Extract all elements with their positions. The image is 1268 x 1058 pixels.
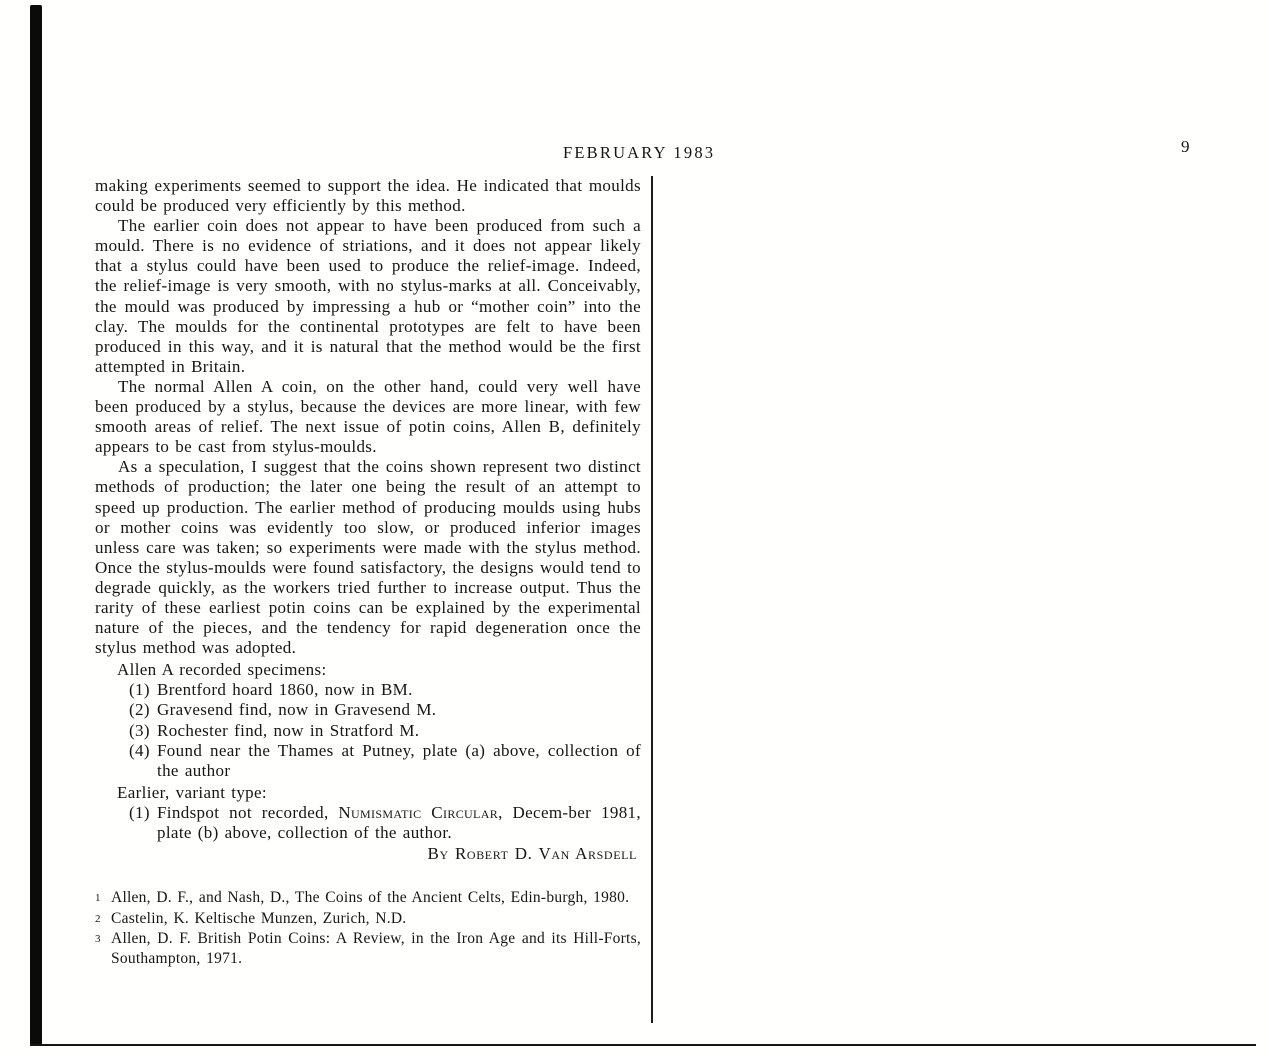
- item-text: Rochester find, now in Stratford M.: [157, 721, 641, 741]
- item-text: Found near the Thames at Putney, plate (…: [157, 741, 641, 781]
- footnote-number: 2: [95, 909, 111, 930]
- specimen-item-3: (3) Rochester find, now in Stratford M.: [129, 721, 641, 741]
- journal-page: FEBRUARY 1983 9 making experiments seeme…: [0, 0, 1268, 1058]
- item-number: (4): [129, 741, 157, 781]
- specimen-item-2: (2) Gravesend find, now in Gravesend M.: [129, 700, 641, 720]
- footnotes-section: 1 Allen, D. F., and Nash, D., The Coins …: [95, 888, 641, 968]
- item-number: (1): [129, 803, 157, 843]
- footnote-2: 2 Castelin, K. Keltische Munzen, Zurich,…: [95, 909, 641, 930]
- item-text: Findspot not recorded, Numismatic Circul…: [157, 803, 641, 843]
- variant-item-1: (1) Findspot not recorded, Numismatic Ci…: [129, 803, 641, 843]
- footnote-number: 3: [95, 929, 111, 968]
- page-number: 9: [1181, 137, 1190, 157]
- item-text: Gravesend find, now in Gravesend M.: [157, 700, 641, 720]
- body-paragraph-3: The normal Allen A coin, on the other ha…: [95, 377, 641, 457]
- item-number: (2): [129, 700, 157, 720]
- specimen-item-1: (1) Brentford hoard 1860, now in BM.: [129, 680, 641, 700]
- footnote-3: 3 Allen, D. F. British Potin Coins: A Re…: [95, 929, 641, 968]
- scan-edge-left-bar: [30, 5, 42, 1045]
- item-number: (3): [129, 721, 157, 741]
- column-divider-rule: [651, 176, 653, 1023]
- specimens-heading: Allen A recorded specimens:: [117, 660, 641, 680]
- body-paragraph-2: The earlier coin does not appear to have…: [95, 216, 641, 377]
- footnote-text: Castelin, K. Keltische Munzen, Zurich, N…: [111, 909, 641, 930]
- body-paragraph-1: making experiments seemed to support the…: [95, 176, 641, 216]
- scan-edge-bottom-line: [30, 1044, 1256, 1046]
- item-text: Brentford hoard 1860, now in BM.: [157, 680, 641, 700]
- specimen-item-4: (4) Found near the Thames at Putney, pla…: [129, 741, 641, 781]
- item-number: (1): [129, 680, 157, 700]
- footnote-number: 1: [95, 888, 111, 909]
- item-text-prefix: Findspot not recorded,: [157, 803, 338, 822]
- body-paragraph-4: As a speculation, I suggest that the coi…: [95, 457, 641, 658]
- footnote-text: Allen, D. F., and Nash, D., The Coins of…: [111, 888, 641, 909]
- footnote-1: 1 Allen, D. F., and Nash, D., The Coins …: [95, 888, 641, 909]
- article-column: making experiments seemed to support the…: [95, 176, 641, 969]
- running-header: FEBRUARY 1983: [563, 143, 715, 163]
- footnote-text: Allen, D. F. British Potin Coins: A Revi…: [111, 929, 641, 968]
- variant-heading: Earlier, variant type:: [117, 783, 641, 803]
- journal-name-smallcaps: Numismatic Circular: [338, 803, 498, 822]
- author-byline: By Robert D. Van Arsdell: [95, 844, 641, 864]
